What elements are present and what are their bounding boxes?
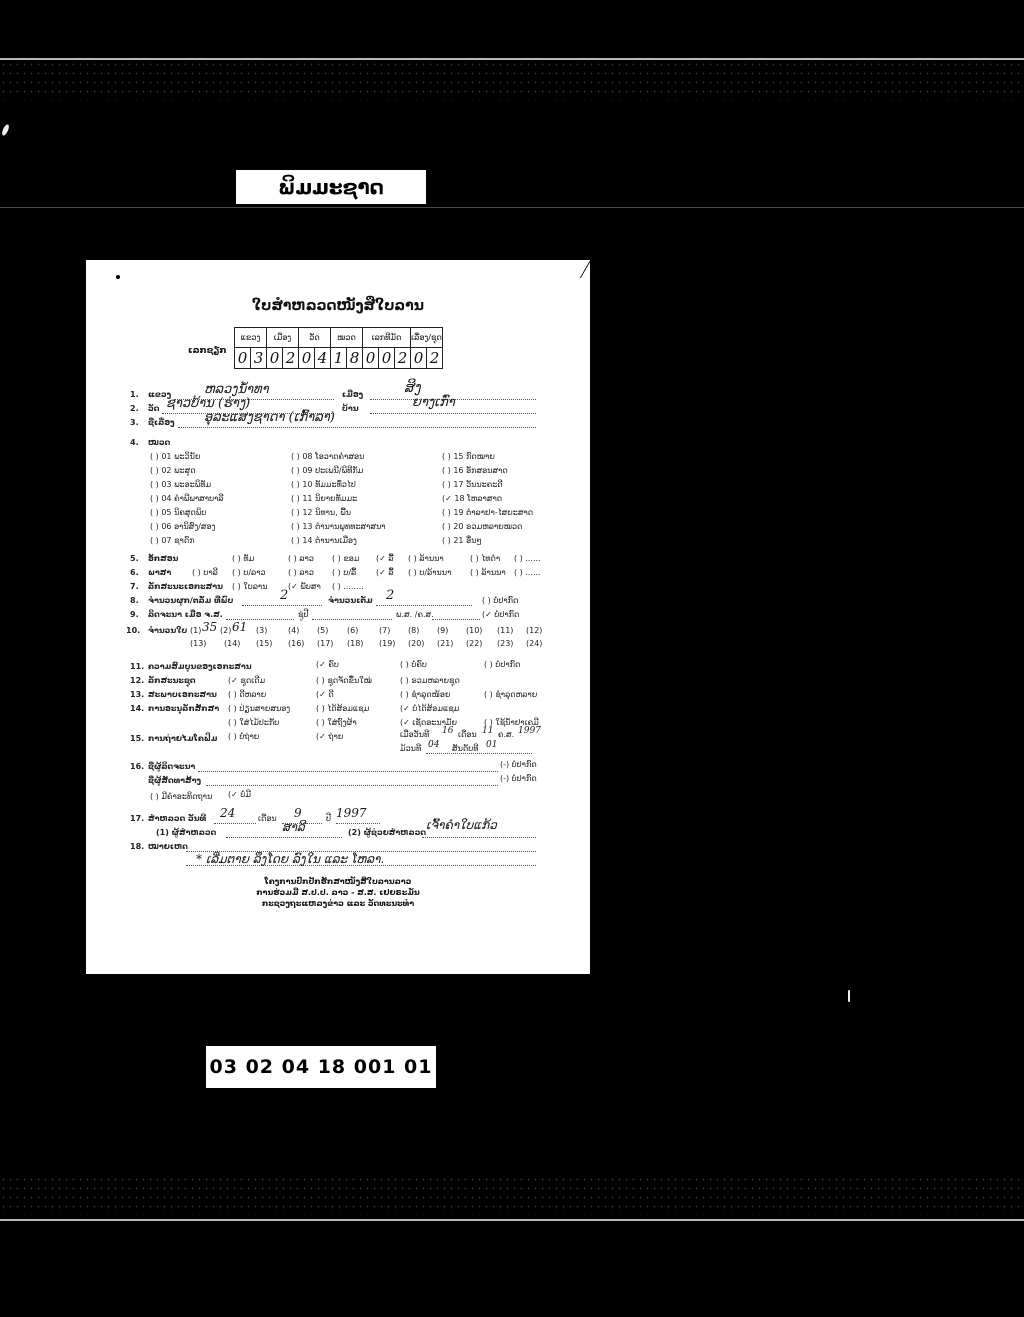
code-table: ແຂວງ ເມືອງ ວັດ ໝວດ ເລກທີມັດ ເລື່ອງ/ຊຸດ 0… (234, 327, 443, 369)
script-option[interactable]: ( ) ລາວ (288, 554, 314, 564)
set-type-option[interactable]: ( ) ຊຸດຈັດຂຶ້ນໃໝ່ (316, 676, 372, 686)
footer-line: ກະຊວງຖະແຫລງຂ່າວ ແລະ ວັດທະນະທຳ (86, 898, 590, 909)
dotted-line (214, 823, 256, 824)
leaves-slot: (12) (526, 626, 542, 636)
microfilm-frame: 01 (486, 740, 497, 750)
option-label: 15 ກົດໝາຍ (453, 452, 494, 461)
card-dot (116, 275, 120, 279)
code-header: ແຂວງ (235, 328, 267, 348)
dotted-line (370, 413, 536, 414)
field-14-number: 14. (130, 704, 144, 714)
option-label: 20 ຣວມຫລາຍໝວດ (453, 522, 522, 531)
leaves-slot: (15) (256, 639, 272, 649)
completeness-option[interactable]: ( ) ບໍ່ຄົບ (400, 660, 427, 670)
option-label: 04 ຄຳພີພາສາບາລີ (161, 494, 223, 503)
field-8-number: 8. (130, 596, 139, 606)
dotted-line (178, 427, 536, 428)
dotted-line (376, 605, 472, 606)
completeness-option[interactable]: ( ) ບໍ່ປາກົດ (484, 660, 520, 670)
field-title-label: ຊື່ເລື່ອງ (148, 418, 175, 428)
option-label: 10 ທັມມະທົ່ວໄປ (302, 480, 355, 489)
survey-month-label: ເດືອນ (258, 814, 277, 824)
field-13-number: 13. (130, 690, 144, 700)
field-province-value: ຫລວງນ້ຳທາ (204, 382, 269, 397)
script-option[interactable]: ( ) ...... (514, 554, 541, 564)
code-digit: 2 (427, 348, 443, 369)
option-label: 02 ພະສູດ (161, 466, 195, 475)
code-digit: 0 (299, 348, 315, 369)
checkbox-checked[interactable]: (✓ (442, 494, 452, 503)
leaves-slot: (2) (220, 626, 231, 636)
field-15-number: 15. (130, 734, 144, 744)
code-digit: 4 (315, 348, 331, 369)
checkbox[interactable]: ( ) (291, 480, 300, 489)
scan-speck (1, 124, 11, 137)
checkbox[interactable]: ( ) (291, 536, 300, 545)
field-village-label: ບ້ານ (342, 404, 359, 414)
code-digit: 3 (251, 348, 267, 369)
field-completeness-label: ຄວາມສົມບູນຂອງເອກະສານ (148, 662, 252, 672)
category-option[interactable]: ( ) 02 ພະສູດ (150, 466, 196, 476)
dotted-line (432, 619, 480, 620)
leaves-slot: (7) (379, 626, 390, 636)
option-label: 13 ຕຳນານພຸທທະສາສນາ (302, 522, 385, 531)
field-year-cycle-label: ຊູ່ປີ (298, 610, 308, 620)
scan-noise-bottom (0, 1175, 1024, 1215)
code-digit: 0 (235, 348, 251, 369)
field-district-label: ເມືອງ (342, 390, 363, 400)
leaves-slot: (19) (379, 639, 395, 649)
option-label: 11 ນິຍາຍທັມມະ (302, 494, 357, 503)
dotted-line (336, 823, 380, 824)
field-4-number: 4. (130, 438, 139, 448)
field-temple-label: ວັດ (148, 404, 159, 414)
checkbox[interactable]: ( ) (150, 452, 159, 461)
option-label: 12 ນິທານ, ພື້ນ (302, 508, 351, 517)
category-option[interactable]: ( ) 07 ຊາດົກ (150, 536, 195, 546)
field-survey-date-label: ສຳຫລວດ ວັນທີ (148, 814, 206, 824)
prayer-option[interactable]: ( ) ມີຄຳອະທິດຖານ (150, 792, 212, 802)
set-type-option[interactable]: ( ) ຣວມຫລາຍຊຸດ (400, 676, 460, 686)
conservation-option[interactable]: ( ) ໃສ່ຖົງຜ້າ (316, 718, 357, 728)
dotted-line (312, 619, 392, 620)
field-remarks-label: ໝາຍເຫດ (148, 842, 188, 852)
field-17-number: 17. (130, 814, 144, 824)
microfilm-roll: 04 (428, 740, 439, 750)
checkbox[interactable]: ( ) (150, 480, 159, 489)
leaves-slot: (13) (190, 639, 206, 649)
code-digit: 8 (347, 348, 363, 369)
checkbox[interactable]: ( ) (442, 522, 451, 531)
card-title: ໃບສຳຫລວດໜັງສືໃບລານ (86, 298, 590, 314)
doctype-option-selected[interactable]: (✓ ພັບສາ (288, 582, 321, 592)
category-option[interactable]: ( ) 21 ອື່ນໆ (442, 536, 482, 546)
option-label: 16 ອັກສອນສາດ (453, 466, 507, 475)
checkbox[interactable]: ( ) (150, 536, 159, 545)
conservation-option-selected[interactable]: (✓ ບໍ່ໄດ້ສ້ອມແຊມ (400, 704, 459, 714)
scribe-unknown-option[interactable]: (-) ບໍ່ປາກົດ (500, 760, 537, 770)
field-16-number: 16. (130, 762, 144, 772)
survey-day: 24 (220, 806, 235, 820)
category-option[interactable]: ( ) 05 ນິຄສຸດພິບ (150, 508, 206, 518)
option-label: 08 ໂອວາດຄຳສອນ (302, 452, 364, 461)
microfilm-month: 11 (482, 726, 493, 736)
leaves-slot: (16) (288, 639, 304, 649)
assistant-name: ເຈົ້າຄຳໃບແກ້ວ (426, 818, 497, 832)
leaves-slot: (5) (317, 626, 328, 636)
category-option[interactable]: ( ) 15 ກົດໝາຍ (442, 452, 495, 462)
field-doctype-label: ລັກສະນະເອກະສານ (148, 582, 223, 592)
option-label: 06 ອານິສົງ/ສອງ (161, 522, 215, 531)
field-temple-value: ຊາວບ້ານ (ຮ່າງ) (166, 396, 250, 411)
field-6-number: 6. (130, 568, 139, 578)
code-header: ເລກທີມັດ (363, 328, 411, 348)
option-label: 05 ນິຄສຸດພິບ (161, 508, 206, 517)
field-era-label: ພ.ສ. /ຄ.ສ. (396, 610, 434, 620)
doctype-option[interactable]: ( ) ........ (332, 582, 364, 592)
dotted-line (242, 605, 322, 606)
checkbox[interactable]: ( ) (150, 522, 159, 531)
field-5-number: 5. (130, 554, 139, 564)
language-option[interactable]: ( ) ບ/ລ້ານນາ (408, 568, 451, 578)
microfilm-date-label: ເມື່ອວັນທີ (400, 730, 429, 740)
option-label: 03 ພະອະພິທັມ (161, 480, 211, 489)
field-script-label: ອັກສອນ (148, 554, 178, 564)
category-option[interactable]: ( ) 04 ຄຳພີພາສາບາລີ (150, 494, 224, 504)
category-option[interactable]: ( ) 16 ອັກສອນສາດ (442, 466, 508, 476)
field-set-type-label: ລັກສະນະຊຸດ (148, 676, 196, 686)
unknown-option-selected[interactable]: (✓ ບໍ່ປາກົດ (482, 610, 519, 620)
checkbox[interactable]: ( ) (150, 466, 159, 475)
script-option[interactable]: ( ) ຂອມ (332, 554, 359, 564)
dotted-line (426, 753, 532, 754)
surveyor-label: (1) ຜູ້ສຳຫລວດ (156, 828, 216, 838)
leaves-slot: (11) (497, 626, 513, 636)
language-option[interactable]: ( ) ບ/ລື້ (332, 568, 356, 578)
category-option[interactable]: ( ) 13 ຕຳນານພຸທທະສາສນາ (291, 522, 386, 532)
category-option[interactable]: ( ) 17 ວັນນະຄະດີ (442, 480, 503, 490)
leaves-slot: (17) (317, 639, 333, 649)
code-digit: 0 (363, 348, 379, 369)
category-option[interactable]: ( ) 12 ນິທານ, ພື້ນ (291, 508, 351, 518)
leaves-slot: (1) (190, 626, 201, 636)
conservation-option[interactable]: ( ) ໄດ້ສ້ອມແຊມ (316, 704, 369, 714)
checkbox[interactable]: ( ) (291, 466, 300, 475)
language-option[interactable]: ( ) ລາວ (288, 568, 314, 578)
leaves-slot: (20) (408, 639, 424, 649)
field-11-number: 11. (130, 662, 144, 672)
checkbox[interactable]: ( ) (291, 452, 300, 461)
checkbox[interactable]: ( ) (150, 508, 159, 517)
option-label: 01 ພະວິນັຍ (161, 452, 200, 461)
category-option[interactable]: ( ) 11 ນິຍາຍທັມມະ (291, 494, 357, 504)
conservation-option[interactable]: ( ) ໃສ່ໄມ້ປະກັບ (228, 718, 279, 728)
sponsor-unknown-option[interactable]: (-) ບໍ່ປາກົດ (500, 774, 537, 784)
field-bundles-total-label: ຈຳນວນເຕັມ (328, 596, 373, 606)
microfilm-day: 16 (442, 726, 453, 736)
category-option[interactable]: ( ) 03 ພະອະພິທັມ (150, 480, 211, 490)
leaves-slot: (18) (347, 639, 363, 649)
option-label: 19 ຕຳລາຢາ-ໄສຍະສາດ (453, 508, 533, 517)
field-sponsor-label: ຊື່ຜູ້ສັດທາສ້າງ (148, 776, 201, 786)
dotted-line (226, 837, 342, 838)
checkbox[interactable]: ( ) (291, 522, 300, 531)
prayer-option-selected[interactable]: (✓ ບໍ່ມີ (228, 790, 251, 800)
field-village-value: ຍາງເກົ່າ (412, 395, 455, 410)
field-leaves-label: ຈຳນວນໃບ (148, 626, 187, 636)
scan-noise-top (0, 60, 1024, 100)
leaves-slot: (23) (497, 639, 513, 649)
field-1-number: 1. (130, 390, 139, 400)
field-conservation-label: ການອະນຸລັກສັກສາ (148, 704, 219, 714)
code-digit: 2 (283, 348, 299, 369)
field-2-number: 2. (130, 404, 139, 414)
dotted-line (206, 785, 498, 786)
leaves-value-1: 35 (202, 620, 217, 634)
option-label: 21 ອື່ນໆ (453, 536, 481, 545)
footer-line: ການຮ່ວມມື ສ.ປ.ປ. ລາວ - ສ.ສ. ເຢຍຣະມັນ (86, 887, 590, 898)
checkbox[interactable]: ( ) (442, 536, 451, 545)
microfilm-year-label: ຄ.ສ. (498, 730, 514, 740)
field-district-value: ສິງ (404, 380, 421, 396)
field-bundles-found-label: ຈຳນວນຜູກ/ຕລັ່ມ ທີ່ພົບ (148, 596, 233, 606)
option-label: 18 ໂຫລາສາດ (454, 494, 502, 503)
checkbox[interactable]: ( ) (150, 494, 159, 503)
script-option[interactable]: ( ) ໄທດຳ (470, 554, 500, 564)
checkbox[interactable]: ( ) (442, 480, 451, 489)
code-digit: 1 (331, 348, 347, 369)
microfilm-option-selected[interactable]: (✓ ຖ່າຍ (316, 732, 343, 742)
set-type-option-selected[interactable]: (✓ ຊຸດເດີມ (228, 676, 265, 686)
leaves-slot: (14) (224, 639, 240, 649)
category-option[interactable]: ( ) 08 ໂອວາດຄຳສອນ (291, 452, 364, 462)
code-label: ເລກຊຽກ (188, 346, 227, 356)
option-label: 09 ປະເພນີ/ພິທີກັມ (302, 466, 363, 475)
field-written-label: ລິດຈະນາ ເມື່ອ ຈ.ສ. (148, 610, 223, 620)
dotted-line (422, 837, 536, 838)
field-9-number: 9. (130, 610, 139, 620)
checkbox[interactable]: ( ) (291, 508, 300, 517)
language-option[interactable]: ( ) ...... (514, 568, 541, 578)
survey-month: 9 (294, 806, 302, 820)
field-title-value: ອຸລະແສງຊາດາ (ເກົ້າລາ) (204, 410, 335, 425)
language-option[interactable]: ( ) ບາລີ (192, 568, 218, 578)
surveyor-name: ສາລີ (282, 820, 305, 834)
field-12-number: 12. (130, 676, 144, 686)
script-option[interactable]: ( ) ລ້ານນາ (408, 554, 444, 564)
leaves-slot: (8) (408, 626, 419, 636)
manuscript-survey-card: ໃບສຳຫລວດໜັງສືໃບລານ ເລກຊຽກ ແຂວງ ເມືອງ ວັດ… (86, 260, 590, 974)
microfilm-title-label: ພິມມະຊາດ (236, 170, 426, 204)
category-option[interactable]: ( ) 20 ຣວມຫລາຍໝວດ (442, 522, 522, 532)
microfilm-month-label: ເດືອນ (458, 730, 477, 740)
option-label: 17 ວັນນະຄະດີ (453, 480, 502, 489)
survey-year: 1997 (336, 806, 367, 820)
project-footer: ໂຄງການປົກປັກຮັກສາໜັງສືໃບລານລາວ ການຮ່ວມມື… (86, 876, 590, 909)
dotted-line (198, 771, 498, 772)
field-bundles-found-value: 2 (280, 588, 288, 603)
code-header: ໝວດ (331, 328, 363, 348)
language-option[interactable]: ( ) ລ້ານນາ (470, 568, 506, 578)
field-bundles-total-value: 2 (386, 588, 394, 603)
completeness-option-selected[interactable]: (✓ ຄົບ (316, 660, 339, 670)
code-header: ເມືອງ (267, 328, 299, 348)
field-condition-label: ສະພາບເອກະສານ (148, 690, 217, 700)
field-18-number: 18. (130, 842, 144, 852)
language-option-selected[interactable]: (✓ ລື້ (376, 568, 394, 578)
survey-year-label: ປີ (326, 814, 331, 824)
check-mark-icon (565, 260, 591, 278)
unknown-option[interactable]: ( ) ບໍ່ປາກົດ (482, 596, 518, 606)
leaves-slot: (10) (466, 626, 482, 636)
code-digit: 0 (267, 348, 283, 369)
category-option[interactable]: ( ) 14 ຕຳນານເມືອງ (291, 536, 357, 546)
leaves-slot: (24) (526, 639, 542, 649)
leaves-slot: (3) (256, 626, 267, 636)
field-3-number: 3. (130, 418, 139, 428)
leaves-slot: (4) (288, 626, 299, 636)
condition-option[interactable]: ( ) ດີຫລາຍ (228, 690, 266, 700)
code-digit: 2 (395, 348, 411, 369)
condition-option[interactable]: ( ) ຊຳລຸດໜ້ອຍ (400, 690, 450, 700)
scan-border-bottom (0, 1219, 1024, 1221)
doctype-option[interactable]: ( ) ໃບລານ (232, 582, 267, 592)
microfilm-year: 1997 (518, 726, 541, 736)
category-option[interactable]: ( ) 10 ທັມມະທົ່ວໄປ (291, 480, 356, 490)
checkbox[interactable]: ( ) (442, 452, 451, 461)
code-table-header-row: ແຂວງ ເມືອງ ວັດ ໝວດ ເລກທີມັດ ເລື່ອງ/ຊຸດ (235, 328, 443, 348)
code-digit: 0 (379, 348, 395, 369)
condition-option-selected[interactable]: (✓ ດີ (316, 690, 334, 700)
language-option[interactable]: ( ) ບ/ລາວ (232, 568, 266, 578)
condition-option[interactable]: ( ) ຊຳລຸດຫລາຍ (484, 690, 537, 700)
category-option[interactable]: ( ) 01 ພະວິນັຍ (150, 452, 200, 462)
microfilm-code-label: 03 02 04 18 001 01 (206, 1046, 436, 1088)
field-category-label: ໝວດ (148, 438, 170, 448)
leaves-slot: (22) (466, 639, 482, 649)
checkbox[interactable]: ( ) (442, 508, 451, 517)
code-header: ວັດ (299, 328, 331, 348)
field-scribe-label: ຊື່ຜູ້ລິດຈະນາ (148, 762, 195, 772)
assistant-label: (2) ຜູ້ຊ່ວຍສຳຫລວດ (348, 828, 426, 838)
leaves-slot: (21) (437, 639, 453, 649)
conservation-option[interactable]: ( ) ປ່ຽນສາຍສນອງ (228, 704, 290, 714)
leaves-slot: (9) (437, 626, 448, 636)
field-microfilm-label: ການຖ່າຍໄມໂຄຟິມ (148, 734, 217, 744)
field-language-label: ພາສາ (148, 568, 171, 578)
field-remarks-value: * ເລີ່ມຕາຍ ລຶງໂດຍ ລົງໃນ ແລະ ໂຫລາ. (196, 852, 384, 866)
footer-line: ໂຄງການປົກປັກຮັກສາໜັງສືໃບລານລາວ (86, 876, 590, 887)
category-option[interactable]: ( ) 06 ອານິສົງ/ສອງ (150, 522, 215, 532)
option-label: 14 ຕຳນານເມືອງ (302, 536, 357, 545)
scan-speck (848, 990, 850, 1002)
leaves-value-2: 61 (232, 620, 247, 634)
field-7-number: 7. (130, 582, 139, 592)
scan-line-mid (0, 207, 1024, 208)
microfilm-option[interactable]: ( ) ບໍ່ຖ່າຍ (228, 732, 259, 742)
script-option-selected[interactable]: (✓ ລື້ (376, 554, 394, 564)
category-option[interactable]: ( ) 19 ຕຳລາຢາ-ໄສຍະສາດ (442, 508, 533, 518)
leaves-slot: (6) (347, 626, 358, 636)
script-option[interactable]: ( ) ທັມ (232, 554, 254, 564)
code-digit: 0 (411, 348, 427, 369)
category-option-selected[interactable]: (✓ 18 ໂຫລາສາດ (442, 494, 502, 504)
code-table-digit-row: 0 3 0 2 0 4 1 8 0 0 2 0 2 (235, 348, 443, 369)
option-label: 07 ຊາດົກ (161, 536, 194, 545)
checkbox[interactable]: ( ) (291, 494, 300, 503)
field-10-number: 10. (126, 626, 140, 636)
microfilm-roll-label: ມ້ວນທີ (400, 744, 421, 754)
category-option[interactable]: ( ) 09 ປະເພນີ/ພິທີກັມ (291, 466, 363, 476)
code-header: ເລື່ອງ/ຊຸດ (411, 328, 443, 348)
checkbox[interactable]: ( ) (442, 466, 451, 475)
